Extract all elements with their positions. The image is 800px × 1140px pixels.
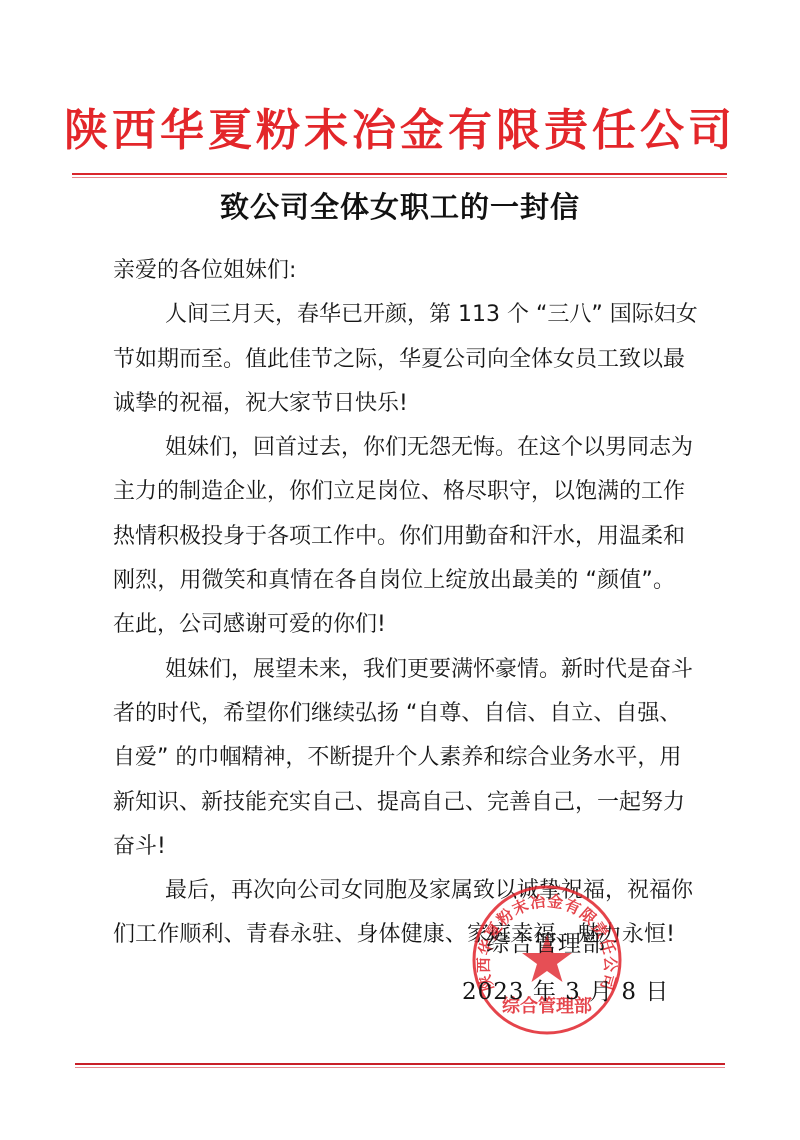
- body-line: 姐妹们，回首过去，你们无怨无悔。在这个以男同志为: [113, 426, 675, 470]
- body-line: 奋斗!: [113, 825, 675, 869]
- body-line: 人间三月天，春华已开颜，第 113 个 “三八” 国际妇女: [113, 293, 675, 337]
- footer-red-rule: [75, 1063, 725, 1068]
- salutation: 亲爱的各位姐妹们:: [113, 249, 675, 293]
- body-line: 自爱” 的巾帼精神，不断提升个人素养和综合业务水平，用: [113, 736, 675, 780]
- letter-title: 致公司全体女职工的一封信: [0, 188, 800, 226]
- body-line: 姐妹们，展望未来，我们更要满怀豪情。新时代是奋斗: [113, 648, 675, 692]
- body-line: 节如期而至。值此佳节之际，华夏公司向全体女员工致以最: [113, 338, 675, 382]
- body-line: 诚挚的祝福，祝大家节日快乐!: [113, 382, 675, 426]
- body-line: 主力的制造企业，你们立足岗位、格尽职守，以饱满的工作: [113, 470, 675, 514]
- body-line: 热情积极投身于各项工作中。你们用勤奋和汗水，用温柔和: [113, 515, 675, 559]
- company-letterhead-title: 陕西华夏粉末冶金有限责任公司: [0, 103, 800, 159]
- letter-page: 陕西华夏粉末冶金有限责任公司 致公司全体女职工的一封信 亲爱的各位姐妹们: 人间…: [0, 0, 800, 1140]
- body-line: 者的时代，希望你们继续弘扬 “自尊、自信、自立、自强、: [113, 692, 675, 736]
- body-line: 刚烈，用微笑和真情在各自岗位上绽放出最美的 “颜值”。: [113, 559, 675, 603]
- official-seal-stamp: 陕西华夏粉末冶金有限责任公司 综合管理部: [470, 883, 624, 1037]
- letterhead-red-rule: [72, 173, 727, 178]
- signature-date: 2023 年 3 月 8 日: [462, 977, 669, 1007]
- body-line: 新知识、新技能充实自己、提高自己、完善自己，一起努力: [113, 781, 675, 825]
- signature-department: 综合管理部: [486, 929, 606, 959]
- body-line: 在此，公司感谢可爱的你们!: [113, 603, 675, 647]
- letter-body: 亲爱的各位姐妹们: 人间三月天，春华已开颜，第 113 个 “三八” 国际妇女 …: [113, 249, 675, 958]
